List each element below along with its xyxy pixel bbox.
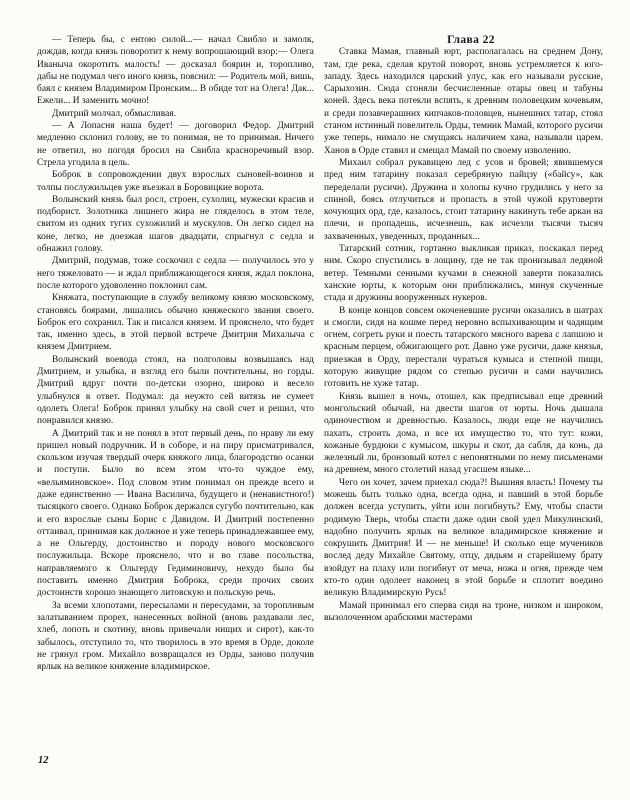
- paragraph: — Теперь бы, с ентою силой...— начал Сви…: [37, 34, 314, 108]
- paragraph: Князь вышел в ночь, отошел, как предписы…: [324, 391, 603, 477]
- book-page: — Теперь бы, с ентою силой...— начал Сви…: [0, 0, 630, 800]
- right-text-column: Глава 22 Ставка Мамая, главный юрт, расп…: [324, 0, 603, 624]
- paragraph: Татарский сотник, гортанно выкликая прик…: [324, 243, 603, 304]
- paragraph: Мамай принимал его сперва сидя на троне,…: [324, 600, 603, 625]
- paragraph: Дмитрий, подумав, тоже соскочил с седла …: [37, 255, 314, 292]
- paragraph: Михаил собрал рукавицею лед с усов и бро…: [324, 157, 603, 243]
- paragraph: А Дмитрий так и не понял в этот первый д…: [37, 428, 314, 600]
- paragraph: Волынский князь был росл, строен, сухоли…: [37, 194, 314, 255]
- paragraph: Ставка Мамая, главный юрт, располагалась…: [324, 46, 603, 157]
- paragraph: Боброк в сопровождении двух взрослых сын…: [37, 169, 314, 194]
- paragraph: Чего он хочет, зачем приехал сюда?! Вышн…: [324, 477, 603, 600]
- paragraph: В конце концов совсем окоченевшие русичи…: [324, 305, 603, 391]
- page-number: 12: [38, 755, 49, 766]
- paragraph: За всеми хлопотами, пересылами и пересуд…: [37, 600, 314, 674]
- paragraph: Княжата, поступающие в службу великому к…: [37, 292, 314, 353]
- paragraph: Дмитрий молчал, обмысливая.: [37, 108, 314, 120]
- paragraph: Волынский воевода стоял, на полголовы во…: [37, 354, 314, 428]
- chapter-heading: Глава 22: [324, 34, 603, 46]
- left-text-column: — Теперь бы, с ентою силой...— начал Сви…: [37, 0, 314, 673]
- right-column-paragraphs: Ставка Мамая, главный юрт, располагалась…: [324, 46, 603, 624]
- paragraph: — А Лопасня наша будет! — договорил Федо…: [37, 120, 314, 169]
